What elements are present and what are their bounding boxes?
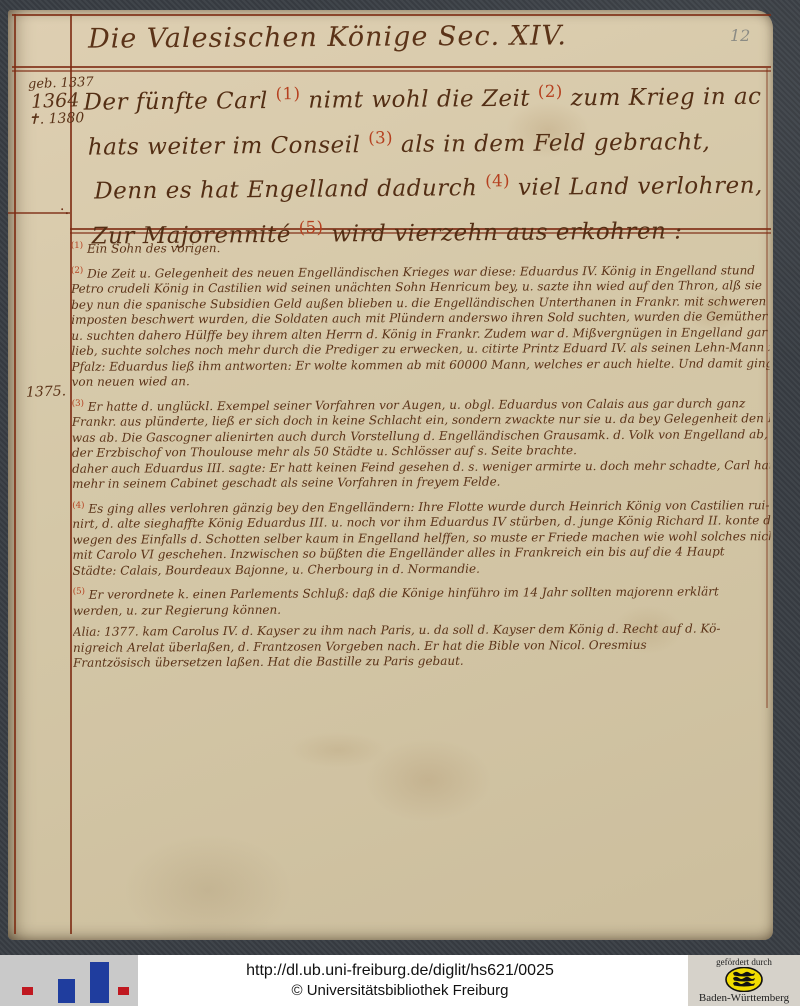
commentary-paragraph: (3) Er hatte d. unglückl. Exempel seiner… <box>72 393 770 493</box>
note-marker: (3) <box>72 398 84 408</box>
folio-number-pencil: 12 <box>730 26 750 45</box>
verse-line: hats weiter im Conseil (3) als in dem Fe… <box>84 116 763 167</box>
scanned-page-viewer: Die Valesischen Könige Sec. XIV. 12 geb.… <box>0 0 800 1006</box>
note-marker: (1) <box>71 241 83 251</box>
verse-lines: Der fünfte Carl (1) nimt wohl die Zeit (… <box>83 71 764 256</box>
rule-left-outer <box>14 14 16 934</box>
viewer-footer-bar: http://dl.ub.uni-freiburg.de/diglit/hs62… <box>0 955 800 1006</box>
rule-top <box>12 14 771 16</box>
copyright-text: © Universitätsbibliothek Freiburg <box>292 982 509 999</box>
commentary-paragraph: Alia: 1377. kam Carolus IV. d. Kayser zu… <box>73 621 771 671</box>
note-marker: (1) <box>275 84 300 103</box>
note-marker: (4) <box>72 500 84 510</box>
commentary-paragraph: (2) Die Zeit u. Gelegenheit des neuen En… <box>71 260 770 391</box>
commentary-line: (5) Er verordnete k. einen Parlements Sc… <box>73 581 771 603</box>
logo-red-square-right <box>118 987 129 995</box>
note-marker: (5) <box>299 218 324 237</box>
funder-block: gefördert durch Baden-Württemberg <box>688 955 800 1006</box>
note-marker: (2) <box>71 265 83 275</box>
commentary-line: werden, u. zur Regierung können. <box>73 600 771 619</box>
footer-center: http://dl.ub.uni-freiburg.de/diglit/hs62… <box>138 955 662 1006</box>
verse-line: Denn es hat Engelland dadurch (4) viel L… <box>84 160 763 211</box>
commentary-paragraph: (1) Ein Sohn des vorigen. <box>71 235 769 257</box>
page-title: Die Valesischen Könige Sec. XIV. <box>88 20 567 54</box>
library-logo <box>0 955 138 1006</box>
margin-note-died: ✝. 1380 <box>28 110 85 128</box>
baden-wuerttemberg-arms-icon <box>725 967 763 992</box>
logo-red-square-left <box>22 987 33 995</box>
note-marker: (4) <box>485 172 510 191</box>
funder-name: Baden-Württemberg <box>699 992 789 1004</box>
note-marker: (5) <box>73 587 85 597</box>
commentary-line: von neuen wied an. <box>72 371 770 390</box>
margin-note-accession: 1364 <box>31 89 80 113</box>
document-url: http://dl.ub.uni-freiburg.de/diglit/hs62… <box>246 962 554 980</box>
margin-ink-dots: ·. <box>60 202 69 218</box>
funded-by-label: gefördert durch <box>716 957 772 967</box>
verse-line: Der fünfte Carl (1) nimt wohl die Zeit (… <box>83 71 762 122</box>
commentary-line: (1) Ein Sohn des vorigen. <box>71 235 769 257</box>
logo-blue-bar-tall <box>90 962 109 1003</box>
note-marker: (2) <box>538 82 563 101</box>
commentary-line: Städte: Calais, Bourdeaux Bajonne, u. Ch… <box>73 560 771 579</box>
note-marker: (3) <box>368 128 393 147</box>
commentary-line: mehr in seinem Cabinet geschadt als sein… <box>72 473 770 492</box>
commentary-paragraph: (5) Er verordnete k. einen Parlements Sc… <box>73 581 771 619</box>
commentary-block: (1) Ein Sohn des vorigen.(2) Die Zeit u.… <box>71 235 771 677</box>
margin-note-year: 1375. <box>26 383 67 400</box>
rule-under-title <box>12 66 771 68</box>
commentary-line: Frantzösisch übersetzen laßen. Hat die B… <box>73 652 771 671</box>
commentary-paragraph: (4) Es ging alles verlohren gänzig bey d… <box>72 495 770 579</box>
logo-blue-bar-short <box>58 979 75 1003</box>
manuscript-page: Die Valesischen Könige Sec. XIV. 12 geb.… <box>8 10 773 940</box>
